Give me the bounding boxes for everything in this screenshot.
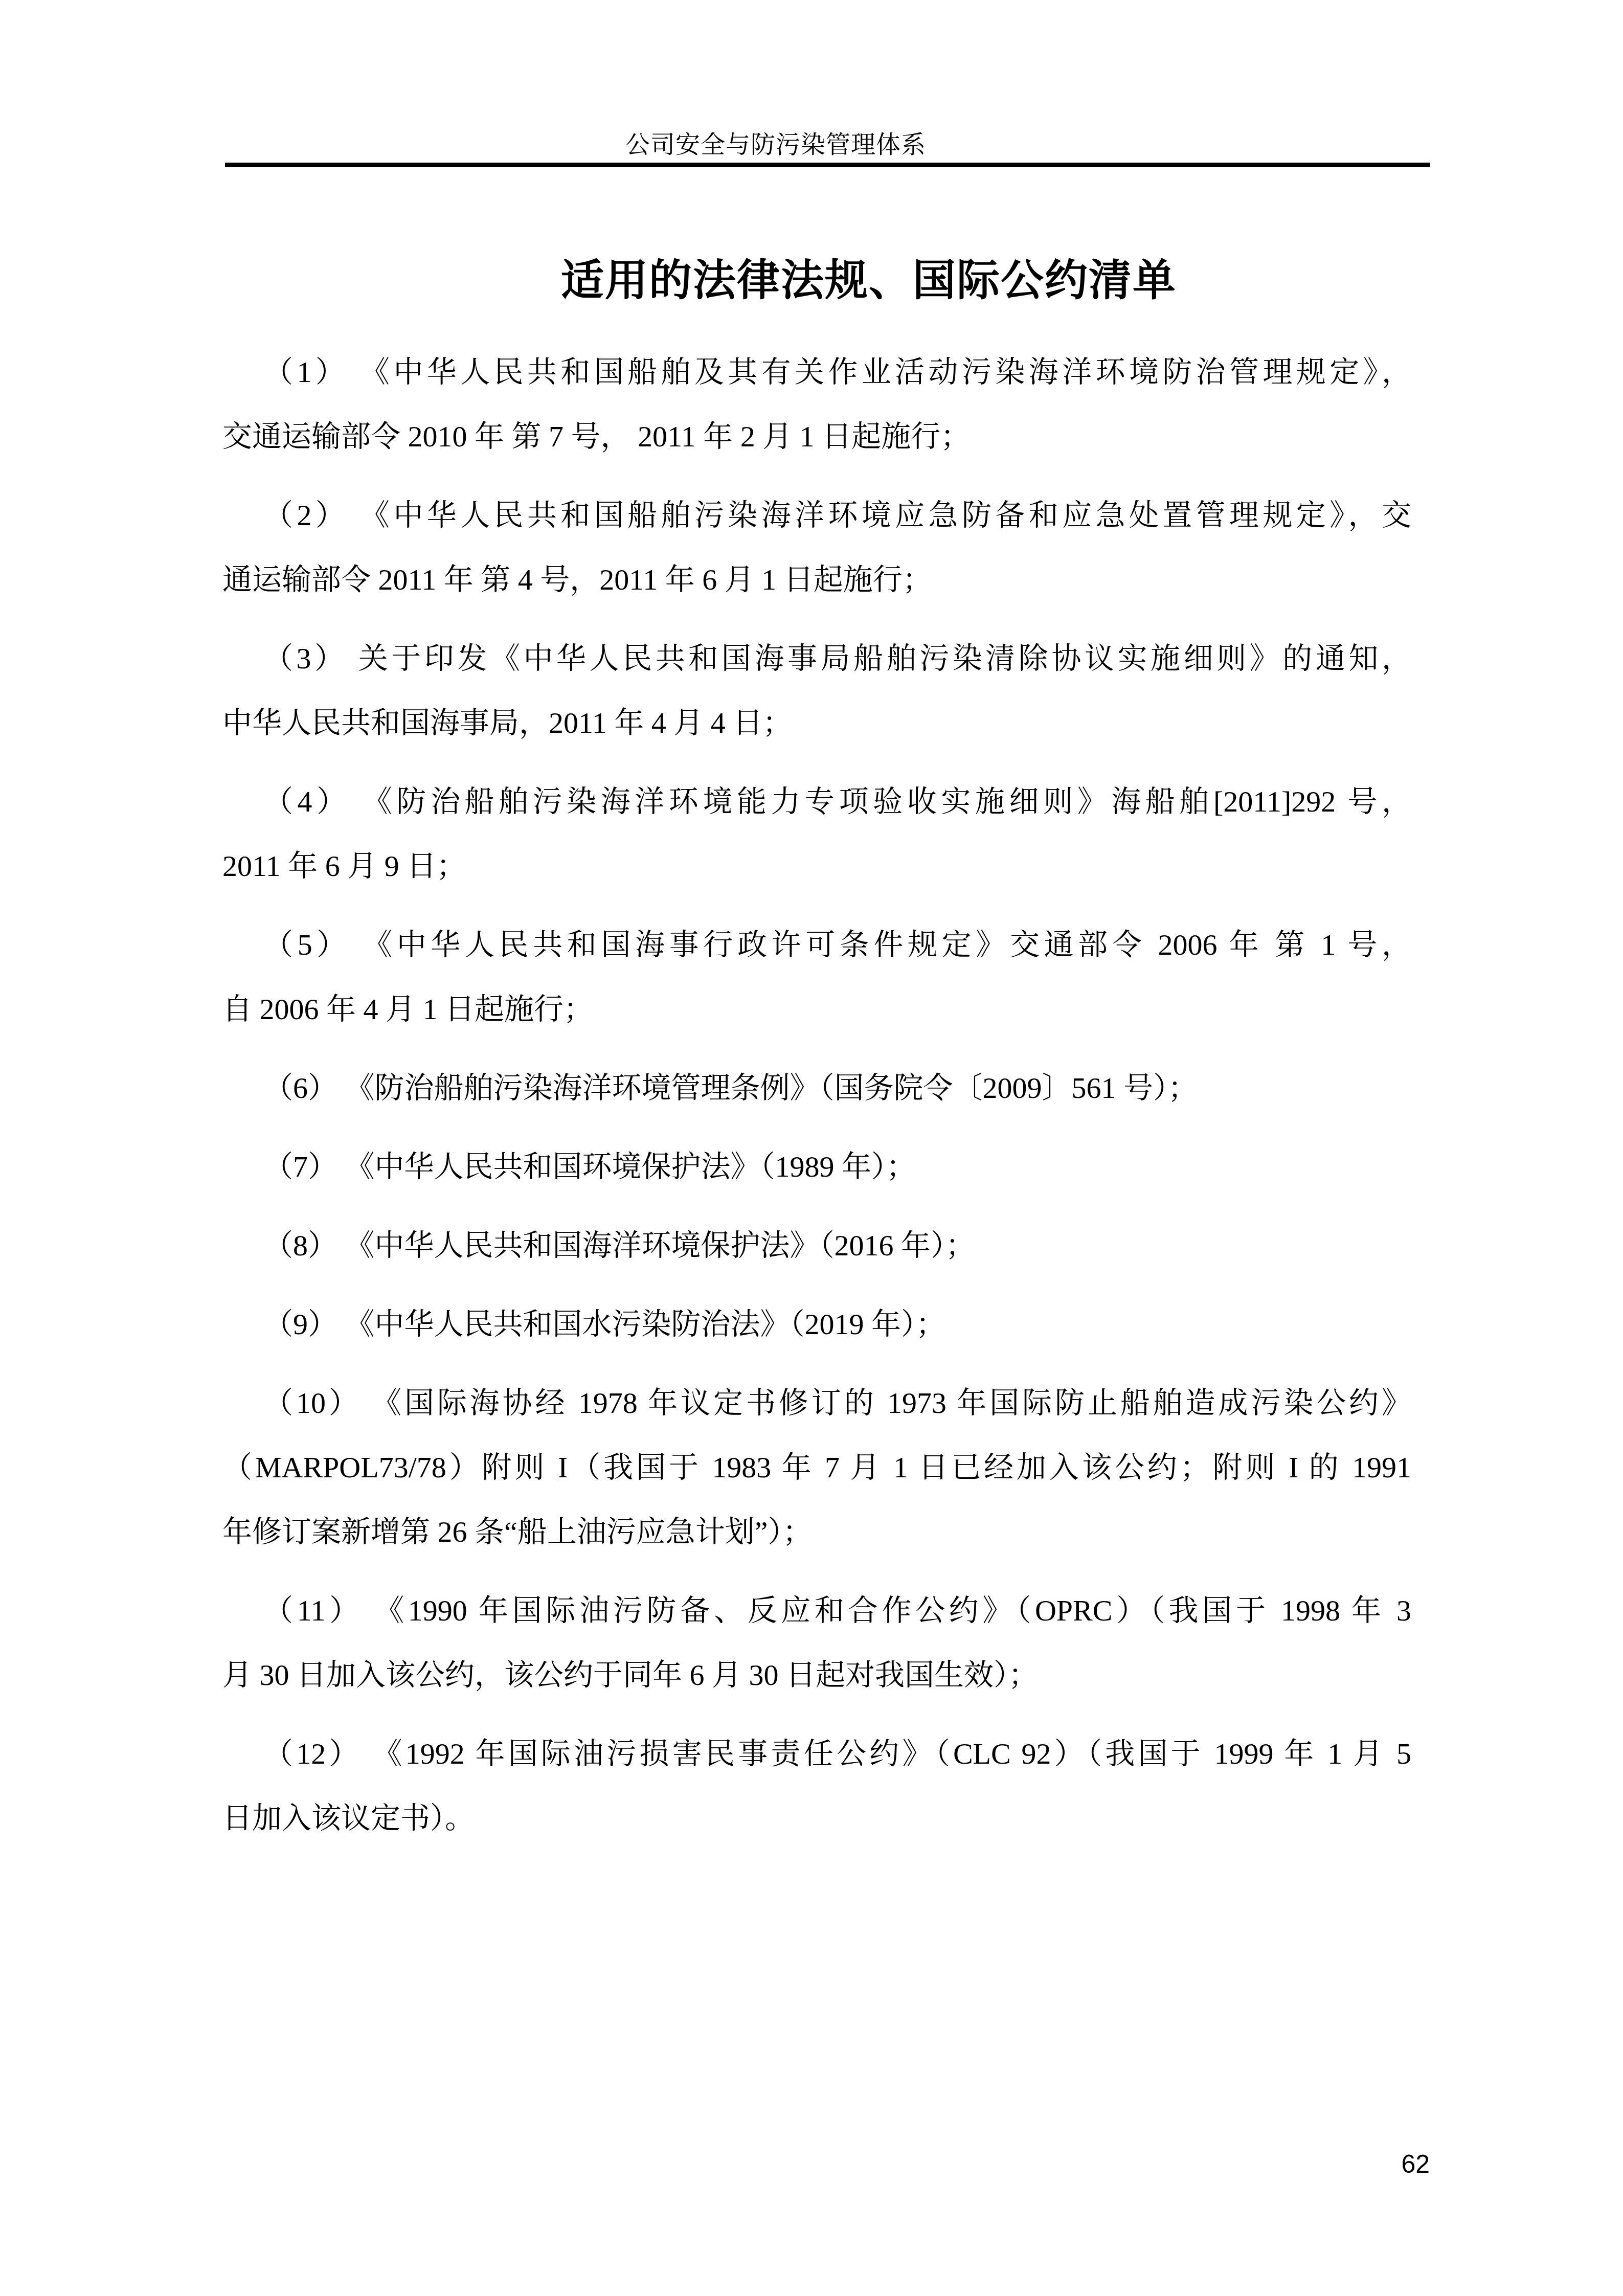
list-item: （9） 《中华人民共和国水污染防治法》（2019 年）； — [222, 1292, 1411, 1357]
list-item-line: （1） 《中华人民共和国船舶及其有关作业活动污染海洋环境防治管理规定》， — [222, 340, 1411, 404]
list-item-line: （11） 《1990 年国际油污防备、反应和合作公约》（OPRC）（我国于 19… — [222, 1579, 1411, 1643]
page: 公司安全与防污染管理体系 适用的法律法规、国际公约清单 （1） 《中华人民共和国… — [0, 0, 1623, 2296]
list-item-line: 2011 年 6 月 9 日； — [222, 834, 1411, 898]
list-item: （4） 《防治船舶污染海洋环境能力专项验收实施细则》海船舶[2011]292 号… — [222, 770, 1411, 898]
list-item-line: （MARPOL73/78）附则 I（我国于 1983 年 7 月 1 日已经加入… — [222, 1435, 1411, 1500]
list-item: （3） 关于印发《中华人民共和国海事局船舶污染清除协议实施细则》的通知，中华人民… — [222, 626, 1411, 755]
list-item-line: （7） 《中华人民共和国环境保护法》（1989 年）； — [222, 1135, 1411, 1199]
list-item-line: （10） 《国际海协经 1978 年议定书修订的 1973 年国际防止船舶造成污… — [222, 1371, 1411, 1435]
list-item: （2） 《中华人民共和国船舶污染海洋环境应急防备和应急处置管理规定》，交通运输部… — [222, 483, 1411, 612]
list-item: （5） 《中华人民共和国海事行政许可条件规定》交通部令 2006 年 第 1 号… — [222, 913, 1411, 1042]
list-item-line: （12） 《1992 年国际油污损害民事责任公约》（CLC 92）（我国于 19… — [222, 1722, 1411, 1786]
list-item-line: （2） 《中华人民共和国船舶污染海洋环境应急防备和应急处置管理规定》，交 — [222, 483, 1411, 548]
header-rule — [225, 163, 1430, 167]
list-item-line: 通运输部令 2011 年 第 4 号，2011 年 6 月 1 日起施行； — [222, 548, 1411, 612]
list-item: （12） 《1992 年国际油污损害民事责任公约》（CLC 92）（我国于 19… — [222, 1722, 1411, 1851]
list-item-line: 自 2006 年 4 月 1 日起施行； — [222, 977, 1411, 1042]
list-item: （6） 《防治船舶污染海洋环境管理条例》（国务院令〔2009〕561 号）； — [222, 1056, 1411, 1120]
page-header: 公司安全与防污染管理体系 — [0, 132, 1587, 159]
list-item-line: 交通运输部令 2010 年 第 7 号， 2011 年 2 月 1 日起施行； — [222, 404, 1411, 469]
list-item-line: 中华人民共和国海事局，2011 年 4 月 4 日； — [222, 691, 1411, 755]
list-item-line: （3） 关于印发《中华人民共和国海事局船舶污染清除协议实施细则》的通知， — [222, 626, 1411, 691]
law-list: （1） 《中华人民共和国船舶及其有关作业活动污染海洋环境防治管理规定》，交通运输… — [222, 340, 1411, 1865]
list-item: （7） 《中华人民共和国环境保护法》（1989 年）； — [222, 1135, 1411, 1199]
list-item-line: （9） 《中华人民共和国水污染防治法》（2019 年）； — [222, 1292, 1411, 1357]
list-item-line: 日加入该议定书）。 — [222, 1786, 1411, 1851]
page-title: 适用的法律法规、国际公约清单 — [57, 257, 1623, 306]
list-item: （10） 《国际海协经 1978 年议定书修订的 1973 年国际防止船舶造成污… — [222, 1371, 1411, 1564]
list-item: （1） 《中华人民共和国船舶及其有关作业活动污染海洋环境防治管理规定》，交通运输… — [222, 340, 1411, 469]
list-item-line: 年修订案新增第 26 条“船上油污应急计划”）； — [222, 1500, 1411, 1564]
list-item: （11） 《1990 年国际油污防备、反应和合作公约》（OPRC）（我国于 19… — [222, 1579, 1411, 1707]
list-item-line: （4） 《防治船舶污染海洋环境能力专项验收实施细则》海船舶[2011]292 号… — [222, 770, 1411, 834]
page-number: 62 — [1401, 2151, 1430, 2177]
list-item: （8） 《中华人民共和国海洋环境保护法》（2016 年）； — [222, 1213, 1411, 1278]
list-item-line: （6） 《防治船舶污染海洋环境管理条例》（国务院令〔2009〕561 号）； — [222, 1056, 1411, 1120]
list-item-line: 月 30 日加入该公约，该公约于同年 6 月 30 日起对我国生效）； — [222, 1643, 1411, 1707]
list-item-line: （8） 《中华人民共和国海洋环境保护法》（2016 年）； — [222, 1213, 1411, 1278]
list-item-line: （5） 《中华人民共和国海事行政许可条件规定》交通部令 2006 年 第 1 号… — [222, 913, 1411, 977]
